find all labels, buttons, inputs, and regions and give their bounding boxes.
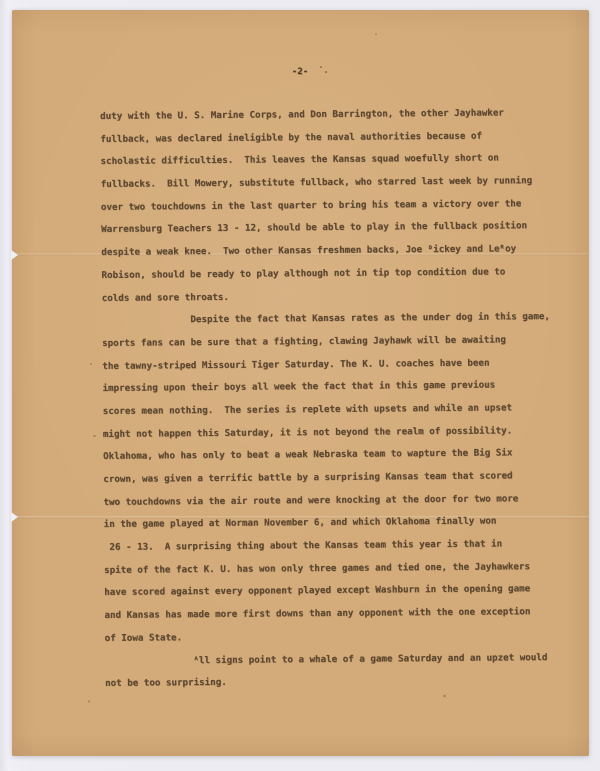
typed-line: not be too surprising.: [105, 669, 565, 696]
ink-speck: [375, 33, 377, 35]
ink-speck: [93, 435, 96, 437]
document-page: -2- duty with the U. S. Marine Corps, an…: [12, 10, 589, 756]
scan-background: -2- duty with the U. S. Marine Corps, an…: [0, 0, 600, 771]
ink-speck: [88, 700, 90, 703]
ink-speck: [443, 695, 446, 697]
edge-notch-lower: [11, 512, 18, 522]
page-number: -2-: [270, 66, 330, 77]
ink-speck: [90, 363, 92, 365]
typed-body-text: duty with the U. S. Marine Corps, and Do…: [100, 102, 565, 696]
edge-notch-upper: [11, 250, 18, 260]
